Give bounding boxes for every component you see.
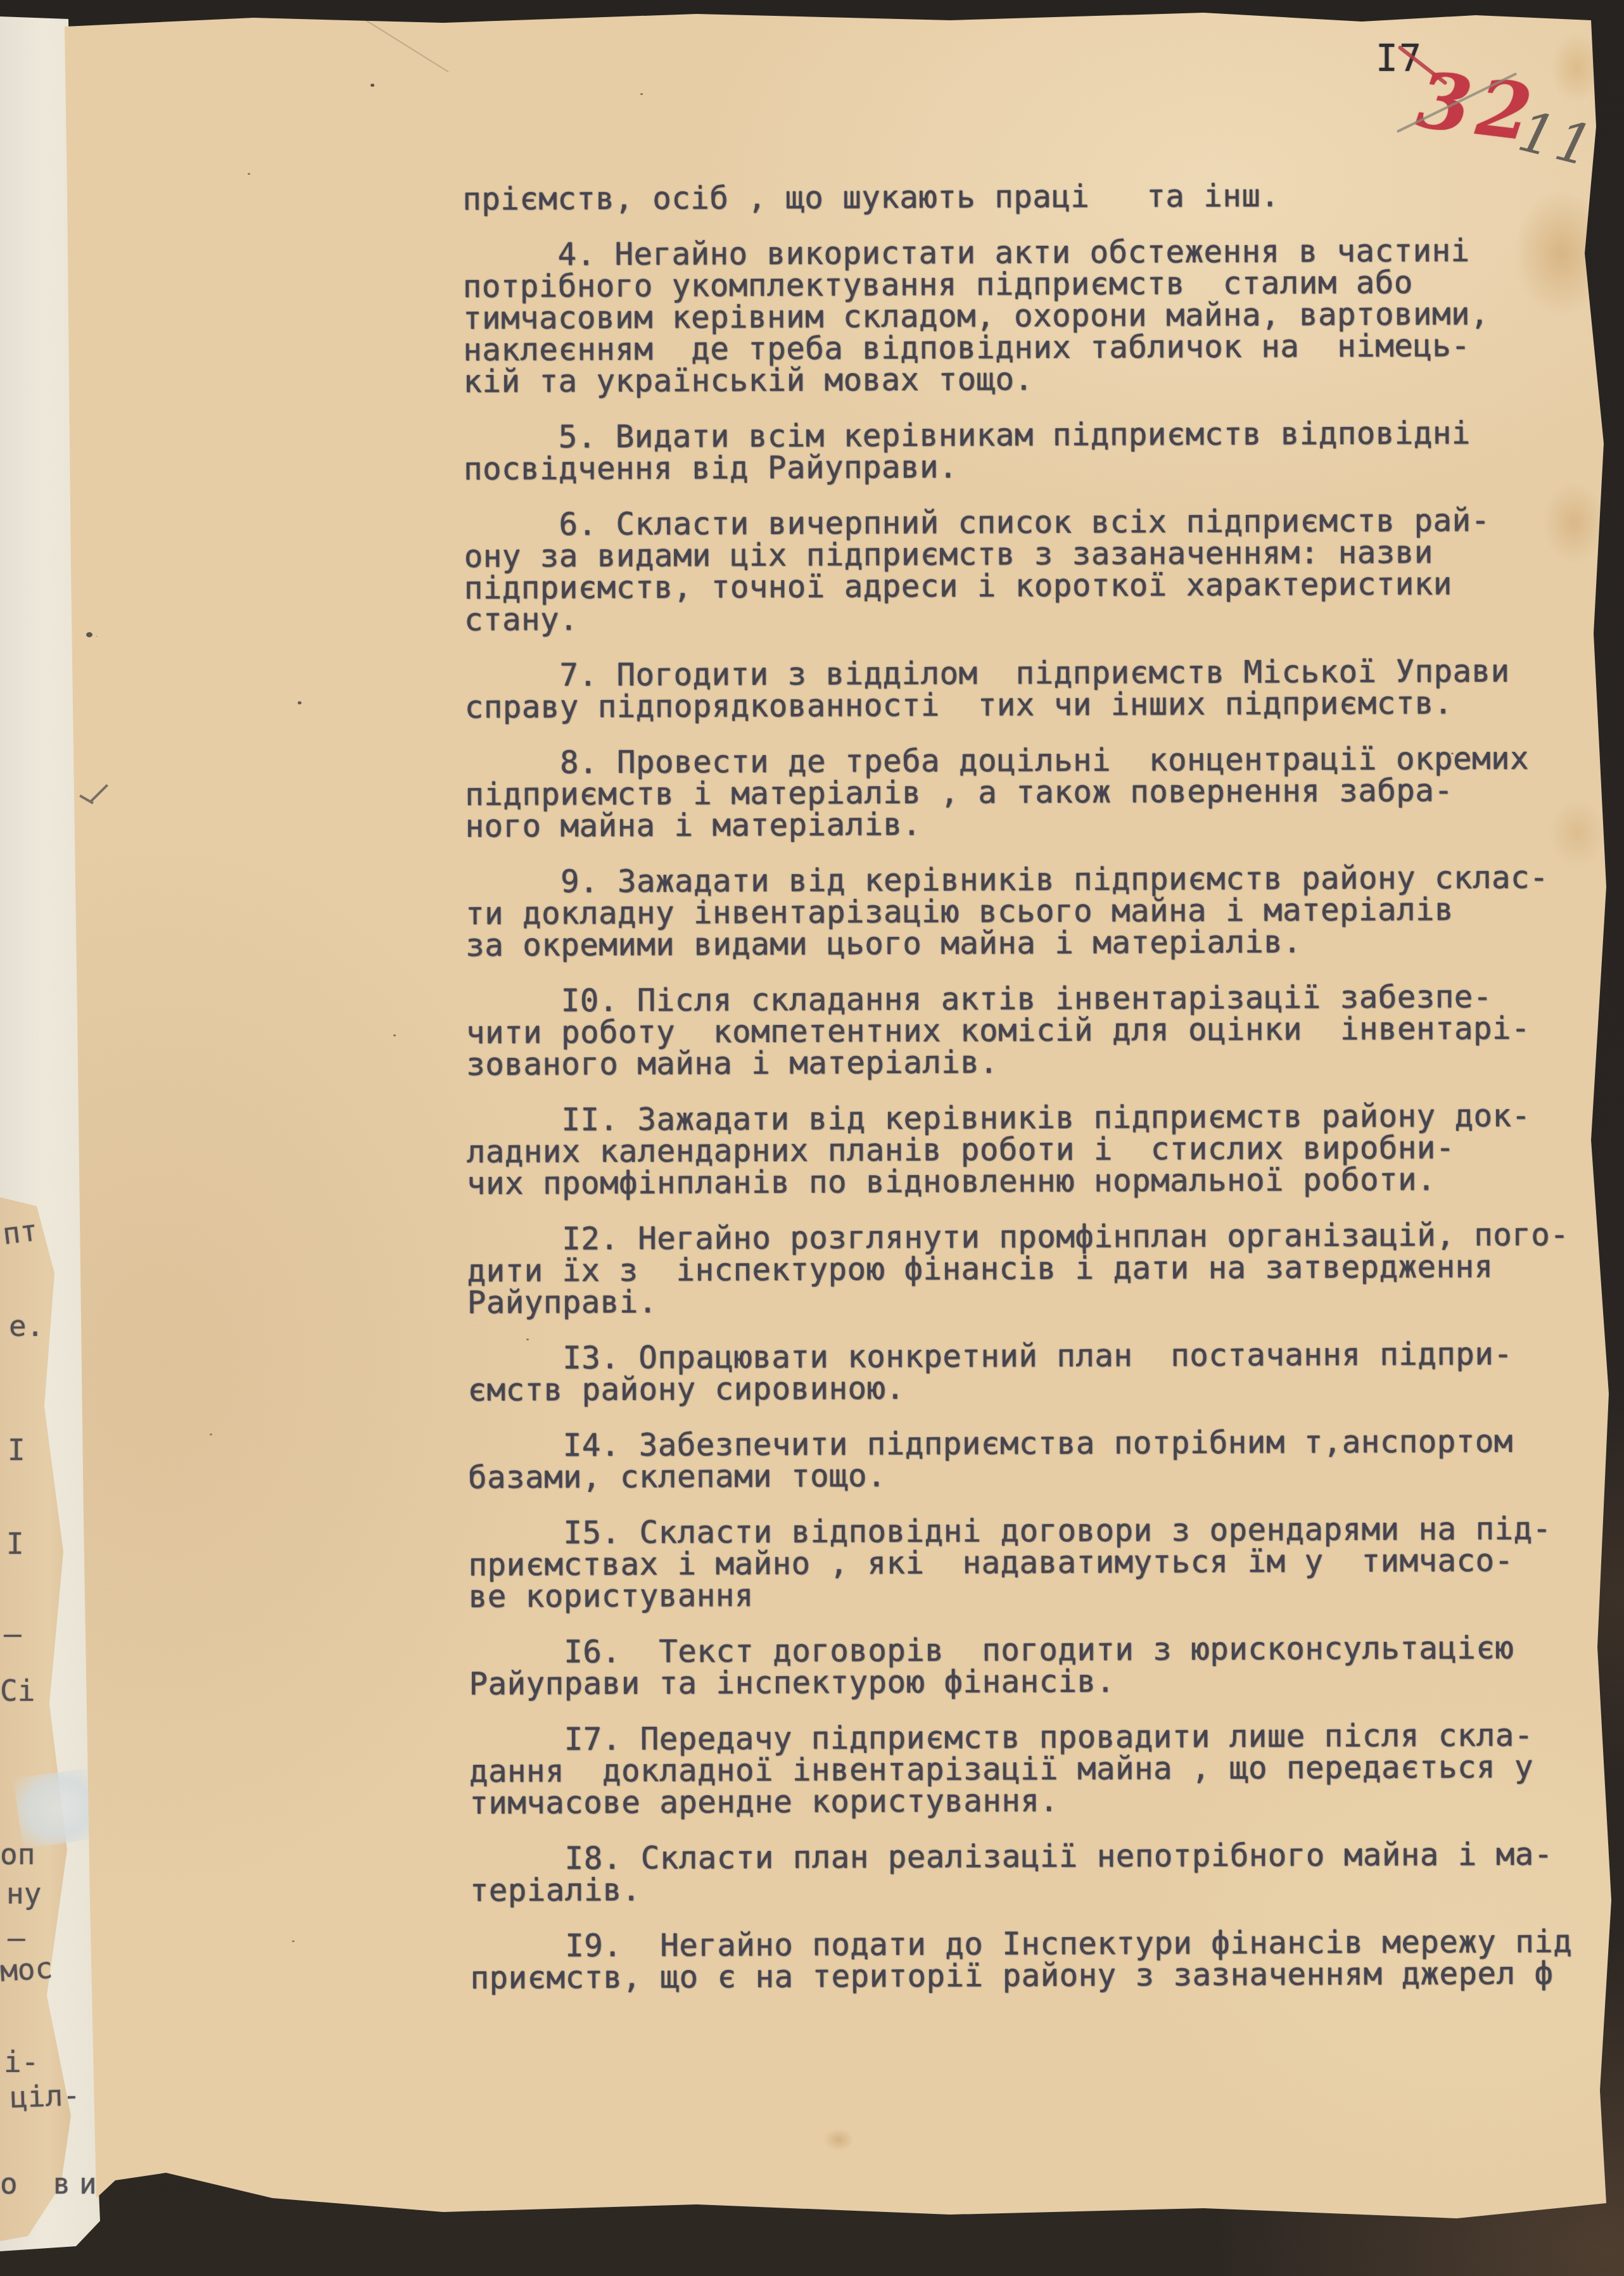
margin-text-fragment: і- bbox=[4, 2045, 39, 2079]
document-paragraph: 6. Скласти вичерпний список всіх підприє… bbox=[464, 504, 1598, 636]
margin-text-fragment: пт bbox=[1, 1213, 40, 1251]
document-paragraph: ІІ. Зажадати від керівників підприємств … bbox=[466, 1100, 1601, 1200]
margin-text-fragment: — bbox=[4, 1617, 22, 1651]
document-paragraph: І5. Скласти відповідні договори з оренда… bbox=[468, 1513, 1602, 1613]
document-paragraph: І0. Після складання актів інвентарізації… bbox=[466, 981, 1601, 1081]
document-paragraph: 8. Провести де треба доцільні концентрац… bbox=[465, 742, 1599, 842]
paper-crease bbox=[362, 18, 449, 72]
scanned-document: пте.ІІ—Сіопну—мосі-ціл-о ви І7 32 11 прі… bbox=[0, 0, 1624, 2276]
margin-text-fragment: ну bbox=[6, 1876, 41, 1910]
document-paragraph: 7. Погодити з відділом підприємств Міськ… bbox=[464, 655, 1598, 723]
document-text: пріємств, осіб , що шукають праці та інш… bbox=[462, 179, 1604, 2018]
margin-text-fragment: ціл- bbox=[10, 2078, 81, 2114]
stain bbox=[1551, 33, 1604, 103]
document-paragraph: І2. Негайно розглянути промфінплан орган… bbox=[467, 1219, 1601, 1319]
document-paragraph: 5. Видати всім керівникам підприємств ві… bbox=[464, 417, 1597, 485]
document-paragraph: пріємств, осіб , що шукають праці та інш… bbox=[462, 179, 1596, 215]
margin-text-fragment: мос bbox=[0, 1950, 54, 1988]
pencil-page-number: 11 bbox=[1512, 98, 1601, 180]
margin-text-fragment: Сі bbox=[0, 1674, 35, 1708]
margin-text-fragment: І bbox=[8, 1433, 25, 1467]
margin-text-fragment: е. bbox=[9, 1309, 44, 1343]
margin-text-fragment: — bbox=[8, 1921, 25, 1955]
margin-text-fragment: о ви bbox=[0, 2166, 106, 2201]
margin-text-fragment: І bbox=[6, 1527, 24, 1561]
stain bbox=[823, 2128, 854, 2151]
document-paragraph: І6. Текст договорів погодити з юрисконсу… bbox=[469, 1632, 1602, 1700]
document-page: І7 32 11 пріємств, осіб , що шукають пра… bbox=[0, 0, 1624, 2276]
margin-text-fragment: оп bbox=[0, 1837, 35, 1871]
paper-specks bbox=[371, 84, 374, 87]
document-paragraph: І9. Негайно подати до Інспектури фінансі… bbox=[470, 1926, 1604, 1994]
document-paragraph: ІЗ. Опрацювати конкретний план постачанн… bbox=[467, 1338, 1601, 1406]
document-paragraph: 4. Негайно використати акти обстеження в… bbox=[462, 234, 1597, 398]
document-paragraph: І4. Забезпечити підприємства потрібним т… bbox=[468, 1425, 1602, 1494]
ink-dot bbox=[86, 632, 92, 637]
pencil-check-mark bbox=[73, 781, 115, 813]
document-paragraph: 9. Зажадати від керівників підприємств р… bbox=[466, 861, 1600, 962]
document-paragraph: І7. Передачу підприємств провадити лише … bbox=[469, 1719, 1604, 1819]
document-paragraph: І8. Скласти план реалізації непотрібного… bbox=[469, 1838, 1603, 1907]
